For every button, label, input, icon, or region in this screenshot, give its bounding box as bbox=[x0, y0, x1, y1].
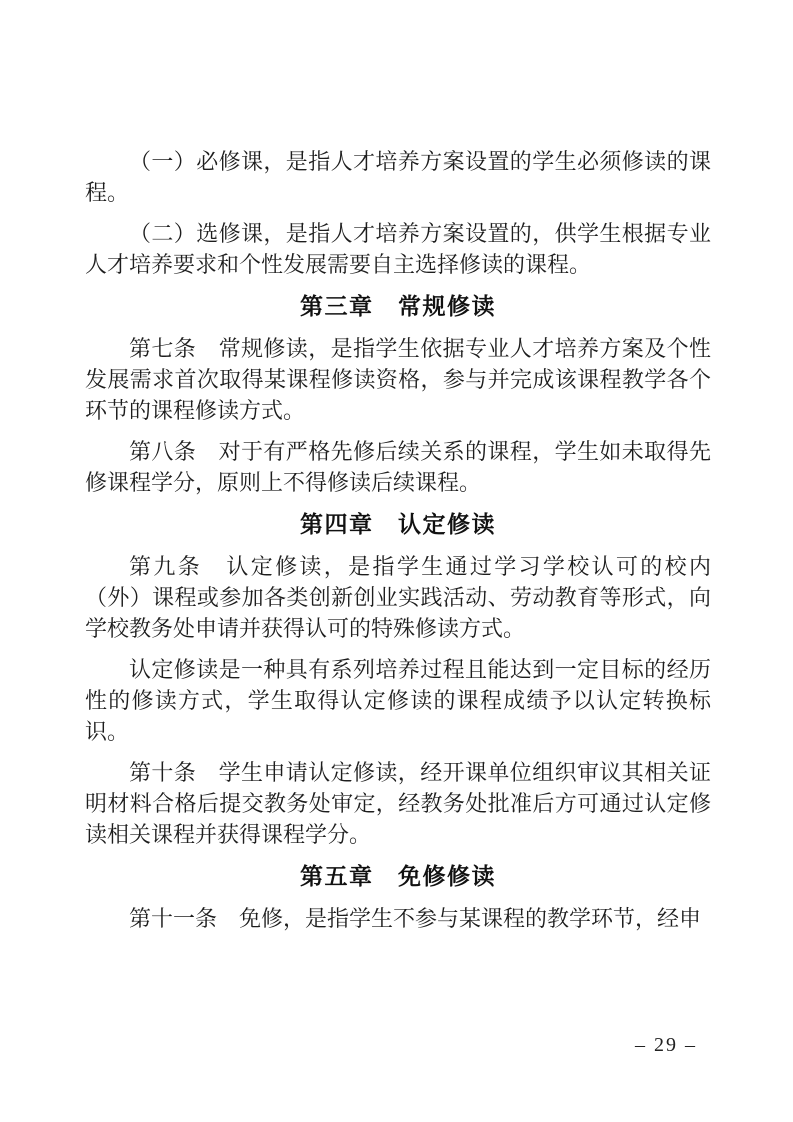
article-10-paragraph: 第十条 学生申请认定修读，经开课单位组织审议其相关证明材料合格后提交教务处审定，… bbox=[85, 757, 711, 850]
clause-1-compulsory-course: （一）必修课，是指人才培养方案设置的学生必须修读的课程。 bbox=[85, 146, 711, 208]
chapter-3-heading: 第三章 常规修读 bbox=[85, 290, 711, 323]
article-11-paragraph: 第十一条 免修，是指学生不参与某课程的教学环节，经申 bbox=[85, 903, 711, 934]
clause-2-elective-course: （二）选修课，是指人才培养方案设置的，供学生根据专业人才培养要求和个性发展需要自… bbox=[85, 218, 711, 280]
chapter-4-heading: 第四章 认定修读 bbox=[85, 508, 711, 541]
article-7-paragraph: 第七条 常规修读，是指学生依据专业人才培养方案及个性发展需求首次取得某课程修读资… bbox=[85, 333, 711, 426]
document-body: （一）必修课，是指人才培养方案设置的学生必须修读的课程。 （二）选修课，是指人才… bbox=[85, 146, 711, 944]
recognized-study-note-paragraph: 认定修读是一种具有系列培养过程且能达到一定目标的经历性的修读方式，学生取得认定修… bbox=[85, 654, 711, 747]
article-8-paragraph: 第八条 对于有严格先修后续关系的课程，学生如未取得先修课程学分，原则上不得修读后… bbox=[85, 436, 711, 498]
article-9-paragraph: 第九条 认定修读，是指学生通过学习学校认可的校内（外）课程或参加各类创新创业实践… bbox=[85, 551, 711, 644]
chapter-5-heading: 第五章 免修修读 bbox=[85, 860, 711, 893]
document-page: （一）必修课，是指人才培养方案设置的学生必须修读的课程。 （二）选修课，是指人才… bbox=[0, 0, 793, 1122]
page-number: – 29 – bbox=[626, 1034, 706, 1057]
